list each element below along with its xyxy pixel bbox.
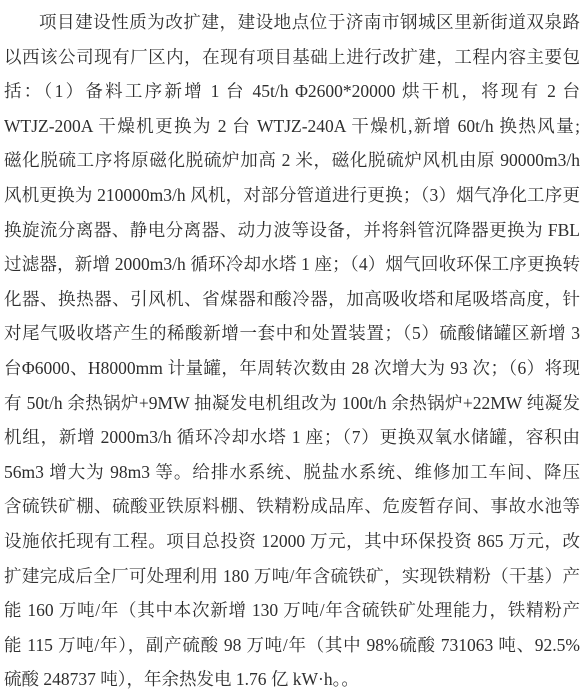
- text-line: 磁化脱硫工序将原磁化脱硫炉加高 2 米，磁化脱硫炉风机由原 90000m3/h: [4, 143, 580, 178]
- document-page: 项目建设性质为改扩建，建设地点位于济南市钢城区里新街道双泉路 以西该公司现有厂区…: [0, 0, 584, 698]
- text-line: 台Φ6000、H8000mm 计量罐，年周转次数由 28 次增大为 93 次；（…: [4, 351, 580, 386]
- text-line: 扩建完成后全厂可处理利用 180 万吨/年含硫铁矿，实现铁精粉（干基）产: [4, 559, 580, 594]
- text-line: 括：（1）备料工序新增 1 台 45t/h Φ2600*20000 烘干机，将现…: [4, 74, 580, 109]
- text-line: 设施依托现有工程。项目总投资 12000 万元，其中环保投资 865 万元，改: [4, 524, 580, 559]
- text-line: 对尾气吸收塔产生的稀酸新增一套中和处置装置；（5）硫酸储罐区新增 3: [4, 316, 580, 351]
- text-line: 项目建设性质为改扩建，建设地点位于济南市钢城区里新街道双泉路: [4, 5, 580, 40]
- text-line: 过滤器，新增 2000m3/h 循环冷却水塔 1 座；（4）烟气回收环保工序更换…: [4, 247, 580, 282]
- text-line: 以西该公司现有厂区内，在现有项目基础上进行改扩建，工程内容主要包: [4, 40, 580, 75]
- text-line: 机组，新增 2000m3/h 循环冷却水塔 1 座；（7）更换双氧水储罐，容积由: [4, 420, 580, 455]
- text-line: 56m3 增大为 98m3 等。给排水系统、脱盐水系统、维修加工车间、降压站、: [4, 455, 580, 490]
- text-line: 硫酸 248737 吨），年余热发电 1.76 亿 kW·h。。: [4, 662, 580, 697]
- text-line: 换旋流分离器、静电分离器、动力波等设备，并将斜管沉降器更换为 FBL: [4, 213, 580, 248]
- project-description-paragraph: 项目建设性质为改扩建，建设地点位于济南市钢城区里新街道双泉路 以西该公司现有厂区…: [4, 5, 580, 697]
- text-line: 能 115 万吨/年），副产硫酸 98 万吨/年（其中 98%硫酸 731063…: [4, 628, 580, 663]
- text-line: 能 160 万吨/年（其中本次新增 130 万吨/年含硫铁矿处理能力，铁精粉产: [4, 593, 580, 628]
- text-line: 风机更换为 210000m3/h 风机，对部分管道进行更换；（3）烟气净化工序更: [4, 178, 580, 213]
- text-line: 含硫铁矿棚、硫酸亚铁原料棚、铁精粉成品库、危废暂存间、事故水池等: [4, 489, 580, 524]
- text-line: 化器、换热器、引风机、省煤器和酸冷器，加高吸收塔和尾吸塔高度，针: [4, 282, 580, 317]
- text-line: WTJZ-200A 干燥机更换为 2 台 WTJZ-240A 干燥机,新增 60…: [4, 109, 580, 144]
- text-line: 有 50t/h 余热锅炉+9MW 抽凝发电机组改为 100t/h 余热锅炉+22…: [4, 386, 580, 421]
